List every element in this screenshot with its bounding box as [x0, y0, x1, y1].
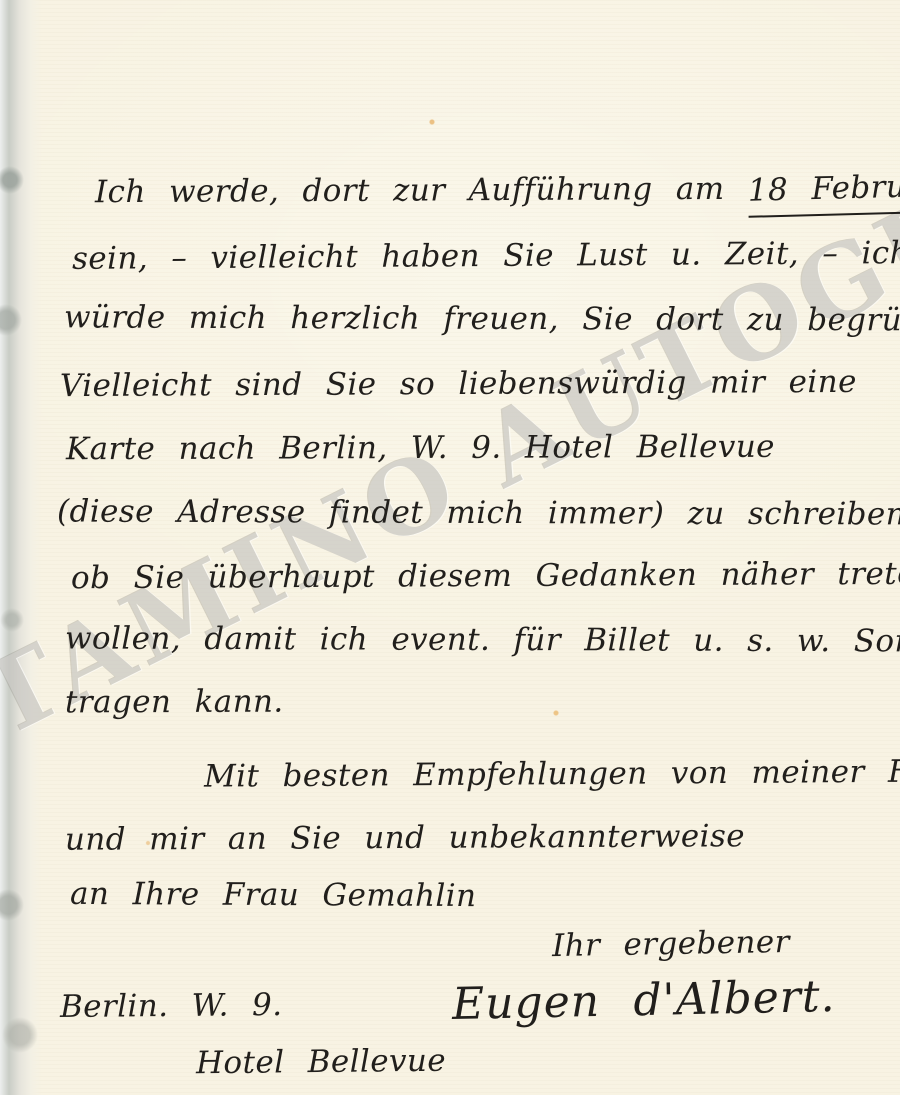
letter-line: (diese Adresse findet mich immer) zu sch…: [57, 494, 900, 533]
letter-line: wollen, damit ich event. für Billet u. s…: [65, 620, 900, 659]
place-line: Berlin. W. 9.: [60, 987, 283, 1025]
paper-torn-edge: [0, 0, 42, 1095]
letter-line: tragen kann.: [65, 684, 284, 721]
letter-line: würde mich herzlich freuen, Sie dort zu …: [64, 299, 900, 338]
letter-line: Vielleicht sind Sie so liebenswürdig mir…: [60, 364, 857, 404]
signature: Eugen d'Albert.: [452, 971, 836, 1030]
letter-line-closing: Mit besten Empfehlungen von meiner Frau: [204, 753, 900, 794]
letter-line: ob Sie überhaupt diesem Gedanken näher t…: [71, 556, 900, 597]
letter-line-opening: Ich werde, dort zur Aufführung am 18 Feb…: [95, 170, 900, 219]
underlined-date: 18 Februar: [747, 168, 900, 218]
letter-scan-page: TAMINO AUTOGRAPHS Ich werde, dort zur Au…: [0, 0, 900, 1095]
letter-line: Karte nach Berlin, W. 9. Hotel Bellevue: [66, 429, 775, 467]
letter-line: sein, – vielleicht haben Sie Lust u. Zei…: [72, 235, 900, 277]
place-line: Hotel Bellevue: [196, 1043, 446, 1082]
letter-line-closing: an Ihre Frau Gemahlin: [70, 876, 477, 914]
valediction: Ihr ergebener: [552, 924, 790, 964]
letter-line-closing: und mir an Sie und unbekannterweise: [65, 818, 745, 858]
opening-text: Ich werde, dort zur Aufführung am: [95, 171, 725, 210]
